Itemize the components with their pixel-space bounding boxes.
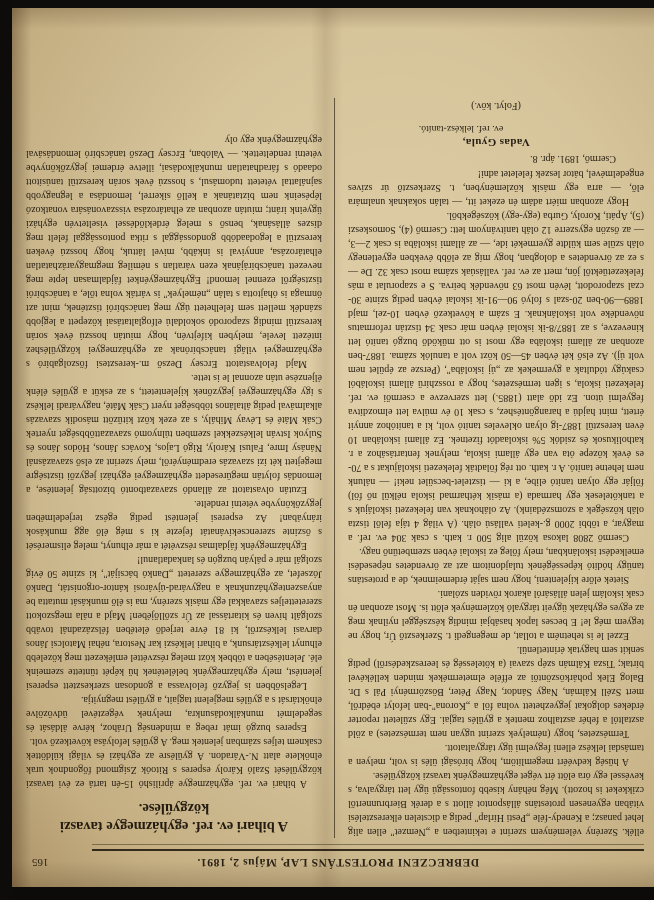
paragraph: Ezután olvastatott az állandó szavazatbo… (26, 370, 322, 496)
paragraph: A hűség kedvéért megemlítöm, hogy bírósá… (348, 740, 644, 768)
text-columns: ellék. Szerény véleményem szerint e teki… (26, 98, 644, 838)
masthead-title: DEBRECZENI PROTESTÁNS LAP, Május 2, 1891… (84, 856, 592, 868)
signature-name: Vadas Gyula, (348, 135, 644, 149)
dateline: Csermő, 1891. ápr. 8. (348, 151, 644, 165)
article-heading: A bihari ev. ref. egyházmegye tavaszi kö… (36, 799, 312, 835)
paragraph: Ezzel le is tehetném a tollat, de megeng… (348, 586, 644, 642)
continuation-note: (Folyt. köv.) (348, 98, 644, 112)
scan-border-top (0, 0, 654, 8)
paragraph: Legelsőbben is jegyző felolvassa a gondo… (26, 552, 322, 692)
paragraph: Hogy azonban miért adám én ezeket itt, —… (348, 166, 644, 208)
column-divider-rule (322, 98, 348, 838)
scanned-page-screenshot: { "page": { "header": { "title": "DEBREC… (0, 0, 654, 900)
paragraph: Természetes, hogy (némelyek szerint ugya… (348, 642, 644, 740)
right-column: A bihari ev. ref. egyházmegye tavaszi kö… (26, 98, 322, 838)
paragraph: Majd felolvastatott Ercsey Dezső m.-kere… (26, 132, 322, 370)
paragraph: A bihari ev. ref. egyházmegye áprilishó … (26, 734, 322, 790)
page-content: DEBRECZENI PROTESTÁNS LAP, Május 2, 1891… (26, 15, 644, 881)
paragraph: Esperes buzgó imát rebeg a mindenség Urá… (26, 692, 322, 734)
scan-border-bottom (0, 887, 654, 900)
header-rule (92, 844, 644, 851)
paragraph: Sietek előre kijelenteni, hogy nem saját… (348, 544, 644, 586)
paragraph: ellék. Szerény véleményem szerint e teki… (348, 768, 644, 838)
left-column: ellék. Szerény véleményem szerint e teki… (348, 98, 644, 838)
paragraph: Egyházmegyénk fájdalmas részvétét a már … (26, 496, 322, 552)
paragraph: Csermő 2808 lakosa közül alig 500 r. kat… (348, 208, 644, 544)
page-number: 165 (26, 856, 84, 868)
scanned-paper: DEBRECZENI PROTESTÁNS LAP, Május 2, 1891… (12, 7, 654, 887)
masthead: DEBRECZENI PROTESTÁNS LAP, Május 2, 1891… (26, 856, 644, 881)
scan-border-left (0, 0, 12, 900)
signature-title: ev. ref. lelkész-tanító. (348, 121, 574, 135)
